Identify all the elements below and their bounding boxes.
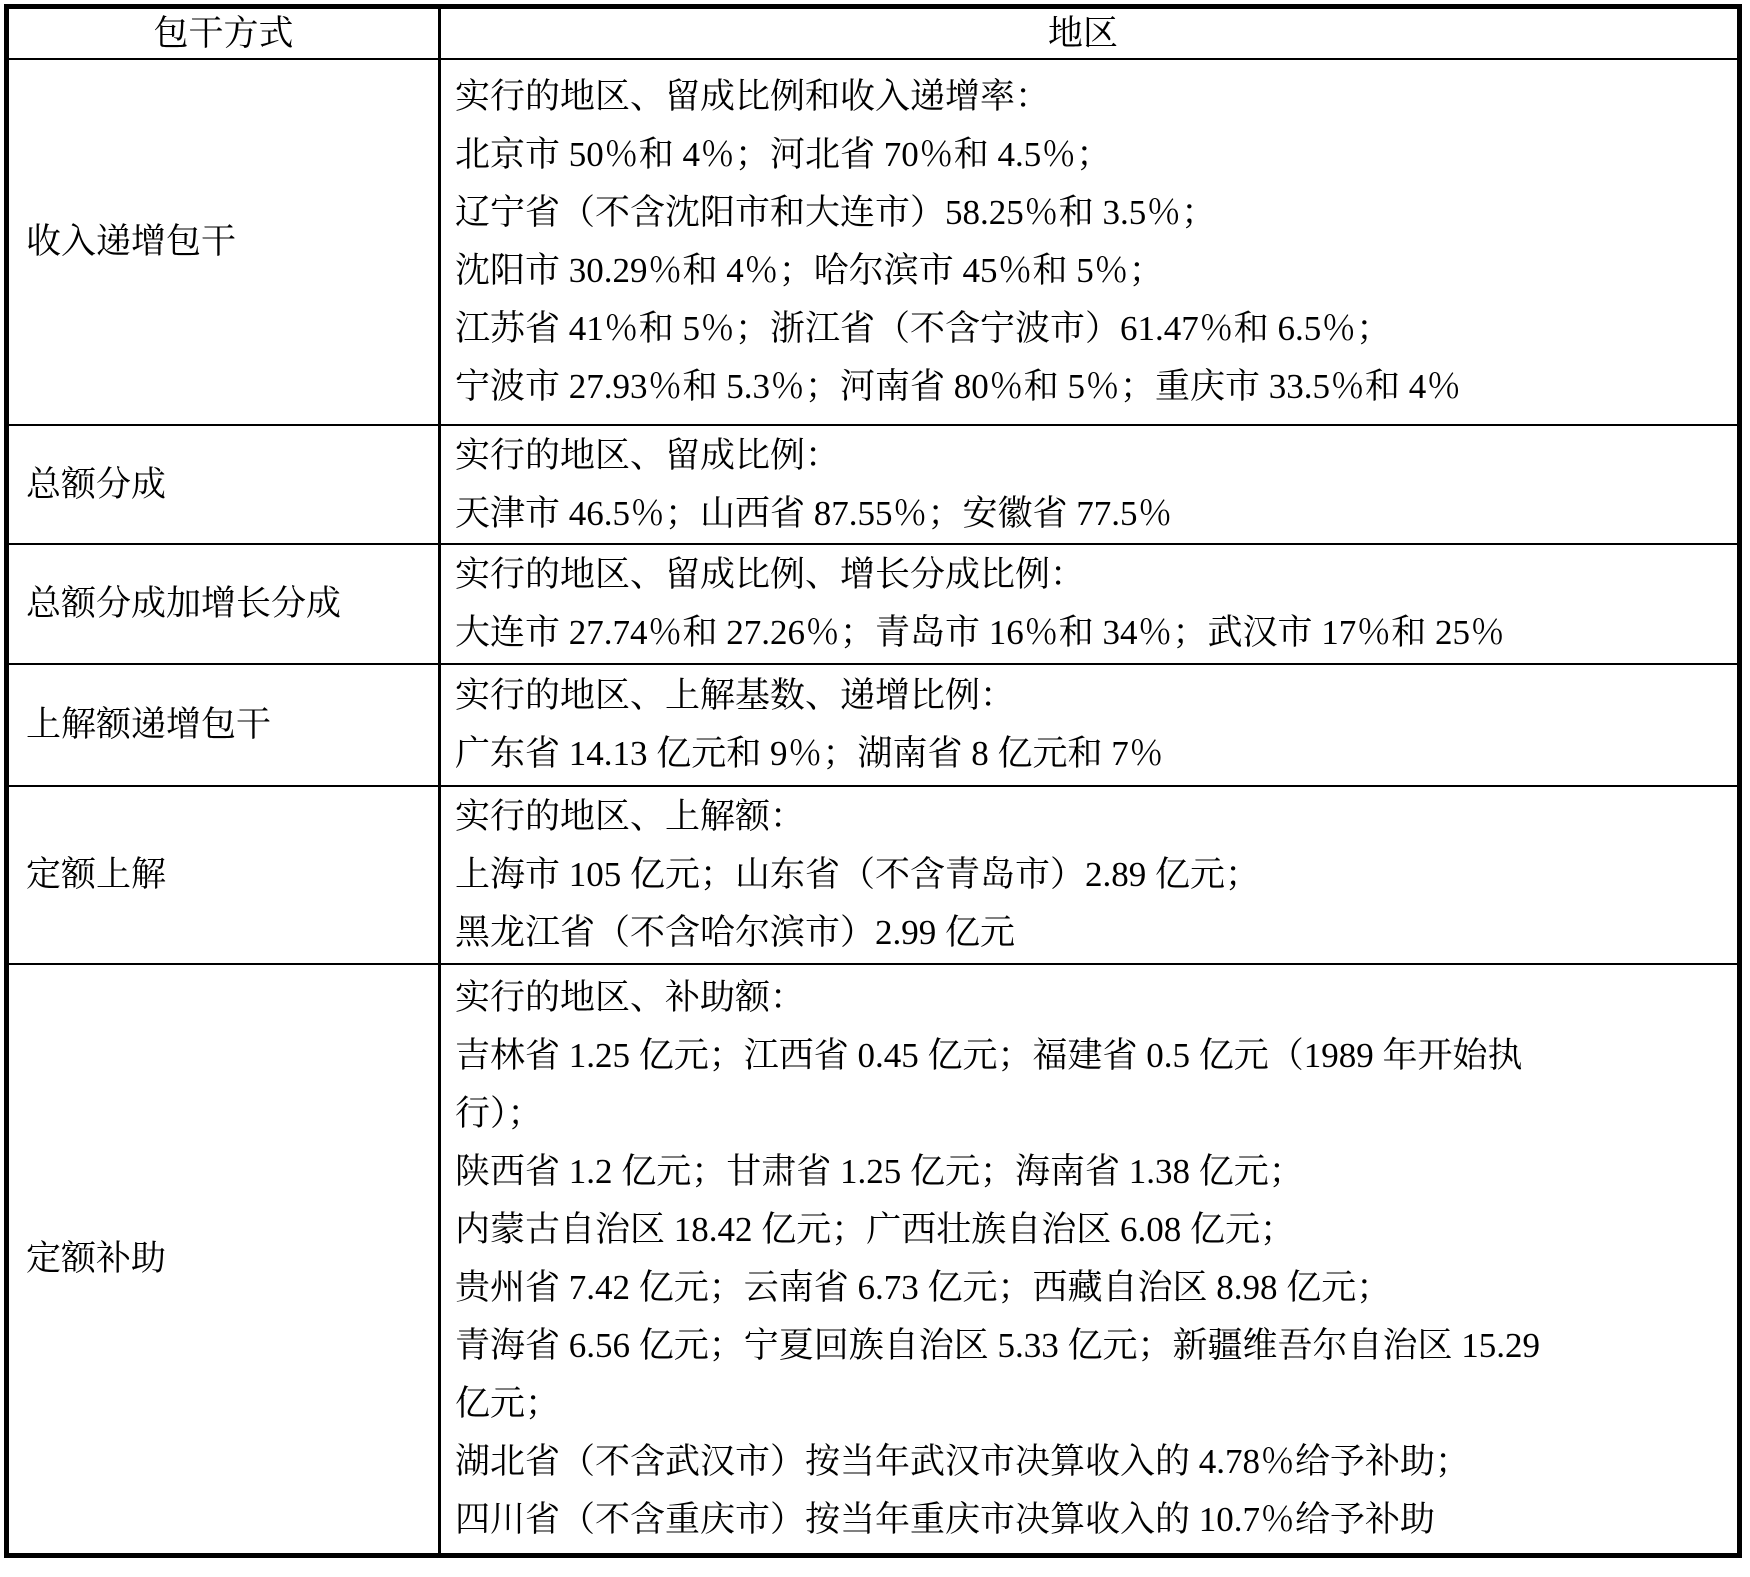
table-row: 定额上解实行的地区、上解额：上海市 105 亿元；山东省（不含青岛市）2.89 … — [9, 785, 1737, 963]
table-header-row: 包干方式 地区 — [9, 9, 1737, 58]
region-cell: 实行的地区、上解额：上海市 105 亿元；山东省（不含青岛市）2.89 亿元；黑… — [441, 787, 1737, 963]
scanned-document-page: 包干方式 地区 收入递增包干实行的地区、留成比例和收入递增率：北京市 50％和 … — [0, 0, 1750, 1577]
method-cell: 收入递增包干 — [9, 60, 441, 424]
region-cell: 实行的地区、上解基数、递增比例：广东省 14.13 亿元和 9％；湖南省 8 亿… — [441, 665, 1737, 785]
region-line: 亿元； — [455, 1375, 1725, 1433]
region-line: 内蒙古自治区 18.42 亿元；广西壮族自治区 6.08 亿元； — [455, 1201, 1725, 1259]
region-line: 沈阳市 30.29％和 4％；哈尔滨市 45％和 5％； — [455, 242, 1725, 300]
region-line: 天津市 46.5％；山西省 87.55％；安徽省 77.5％ — [455, 485, 1725, 543]
region-line: 辽宁省（不含沈阳市和大连市）58.25％和 3.5％； — [455, 184, 1725, 242]
region-line: 贵州省 7.42 亿元；云南省 6.73 亿元；西藏自治区 8.98 亿元； — [455, 1259, 1725, 1317]
header-cell-method: 包干方式 — [9, 9, 441, 58]
region-line: 四川省（不含重庆市）按当年重庆市决算收入的 10.7％给予补助 — [455, 1491, 1725, 1549]
region-cell: 实行的地区、补助额：吉林省 1.25 亿元；江西省 0.45 亿元；福建省 0.… — [441, 965, 1737, 1553]
region-line: 实行的地区、上解额： — [455, 788, 1725, 846]
region-cell: 实行的地区、留成比例：天津市 46.5％；山西省 87.55％；安徽省 77.5… — [441, 426, 1737, 543]
region-cell: 实行的地区、留成比例、增长分成比例：大连市 27.74％和 27.26％；青岛市… — [441, 545, 1737, 663]
method-cell: 上解额递增包干 — [9, 665, 441, 785]
region-line: 北京市 50％和 4％；河北省 70％和 4.5％； — [455, 126, 1725, 184]
region-cell: 实行的地区、留成比例和收入递增率：北京市 50％和 4％；河北省 70％和 4.… — [441, 60, 1737, 424]
region-line: 实行的地区、留成比例、增长分成比例： — [455, 546, 1725, 604]
region-line: 实行的地区、留成比例： — [455, 427, 1725, 485]
method-cell: 总额分成加增长分成 — [9, 545, 441, 663]
region-line: 陕西省 1.2 亿元；甘肃省 1.25 亿元；海南省 1.38 亿元； — [455, 1143, 1725, 1201]
region-line: 广东省 14.13 亿元和 9％；湖南省 8 亿元和 7％ — [455, 725, 1725, 783]
table-row: 上解额递增包干实行的地区、上解基数、递增比例：广东省 14.13 亿元和 9％；… — [9, 663, 1737, 785]
table-row: 总额分成实行的地区、留成比例：天津市 46.5％；山西省 87.55％；安徽省 … — [9, 424, 1737, 543]
method-cell: 定额上解 — [9, 787, 441, 963]
table-row: 总额分成加增长分成实行的地区、留成比例、增长分成比例：大连市 27.74％和 2… — [9, 543, 1737, 663]
region-line: 大连市 27.74％和 27.26％；青岛市 16％和 34％；武汉市 17％和… — [455, 604, 1725, 662]
region-line: 江苏省 41％和 5％；浙江省（不含宁波市）61.47％和 6.5％； — [455, 300, 1725, 358]
region-line: 湖北省（不含武汉市）按当年武汉市决算收入的 4.78％给予补助； — [455, 1433, 1725, 1491]
region-line: 实行的地区、上解基数、递增比例： — [455, 667, 1725, 725]
table-row: 定额补助实行的地区、补助额：吉林省 1.25 亿元；江西省 0.45 亿元；福建… — [9, 963, 1737, 1553]
region-line: 实行的地区、补助额： — [455, 969, 1725, 1027]
table-row: 收入递增包干实行的地区、留成比例和收入递增率：北京市 50％和 4％；河北省 7… — [9, 58, 1737, 424]
method-cell: 总额分成 — [9, 426, 441, 543]
region-line: 行）； — [455, 1085, 1725, 1143]
region-line: 实行的地区、留成比例和收入递增率： — [455, 68, 1725, 126]
header-cell-region: 地区 — [441, 9, 1737, 58]
region-line: 黑龙江省（不含哈尔滨市）2.99 亿元 — [455, 904, 1725, 962]
fiscal-contract-table: 包干方式 地区 收入递增包干实行的地区、留成比例和收入递增率：北京市 50％和 … — [4, 4, 1742, 1558]
region-line: 吉林省 1.25 亿元；江西省 0.45 亿元；福建省 0.5 亿元（1989 … — [455, 1027, 1725, 1085]
region-line: 宁波市 27.93％和 5.3％；河南省 80％和 5％；重庆市 33.5％和 … — [455, 358, 1725, 416]
region-line: 青海省 6.56 亿元；宁夏回族自治区 5.33 亿元；新疆维吾尔自治区 15.… — [455, 1317, 1725, 1375]
method-cell: 定额补助 — [9, 965, 441, 1553]
region-line: 上海市 105 亿元；山东省（不含青岛市）2.89 亿元； — [455, 846, 1725, 904]
